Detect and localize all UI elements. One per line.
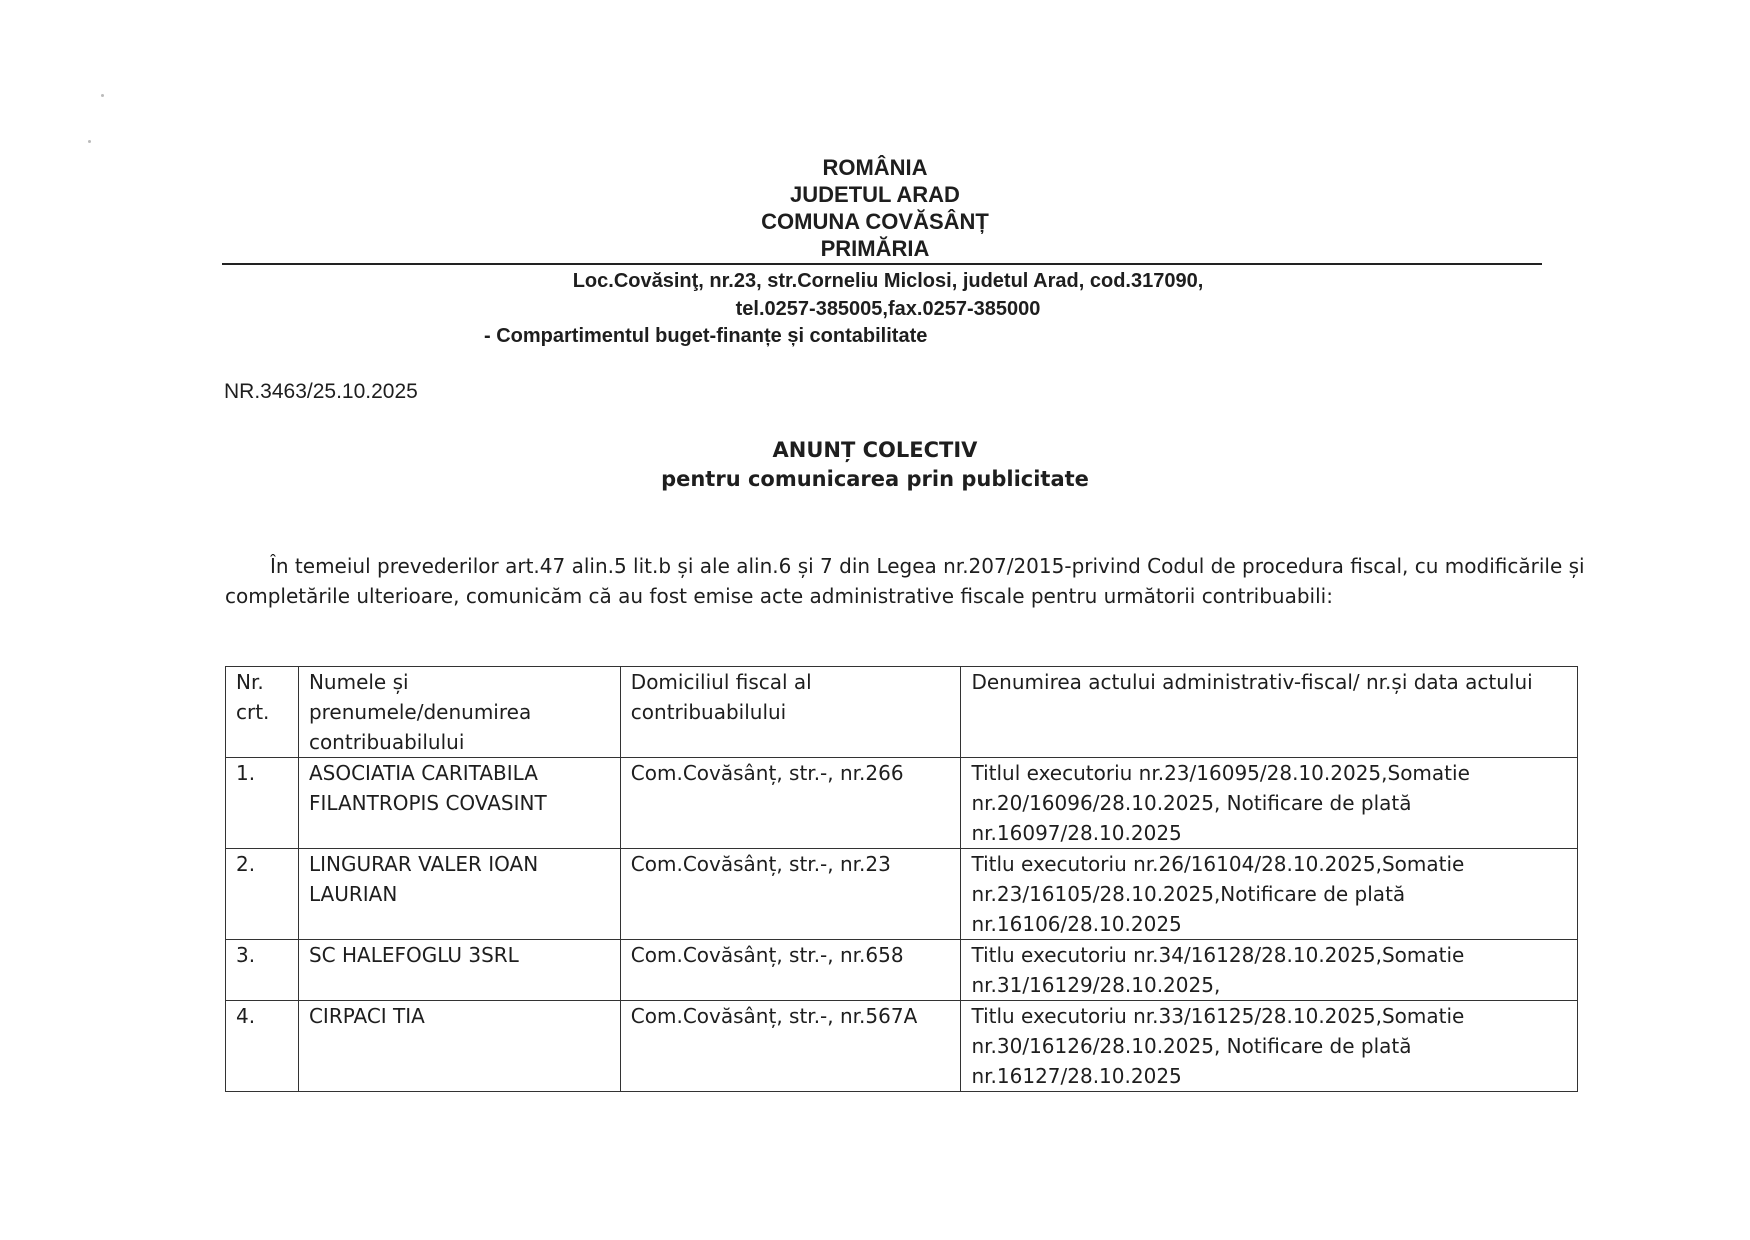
- header-acts: Denumirea actului administrativ-fiscal/ …: [961, 667, 1578, 758]
- department: - Compartimentul buget-finanțe și contab…: [484, 323, 927, 350]
- row-address: Com.Covăsânț, str.-, nr.23: [620, 849, 961, 940]
- table-header-row: Nr. crt. Numele și prenumele/denumirea c…: [226, 667, 1578, 758]
- header-address: Domiciliul fiscal al contribuabilului: [620, 667, 961, 758]
- scan-speck: [88, 140, 91, 143]
- row-acts: Titlu executoriu nr.33/16125/28.10.2025,…: [961, 1001, 1578, 1092]
- taxpayers-table: Nr. crt. Numele și prenumele/denumirea c…: [225, 666, 1578, 1092]
- header-commune: COMUNA COVĂSÂNȚ: [0, 208, 1750, 235]
- table-row: 2. LINGURAR VALER IOAN LAURIAN Com.Covăs…: [226, 849, 1578, 940]
- header-institution: PRIMĂRIA: [0, 235, 1750, 262]
- intro-paragraph-text: În temeiul prevederilor art.47 alin.5 li…: [225, 554, 1585, 608]
- row-acts: Titlu executoriu nr.26/16104/28.10.2025,…: [961, 849, 1578, 940]
- row-nr: 4.: [226, 1001, 299, 1092]
- row-nr: 3.: [226, 940, 299, 1001]
- scan-speck: [101, 94, 104, 97]
- address-line-1: Loc.Covăsinţ, nr.23, str.Corneliu Miclos…: [0, 268, 1750, 295]
- header-county: JUDETUL ARAD: [0, 181, 1750, 208]
- row-nr: 1.: [226, 758, 299, 849]
- row-acts: Titlu executoriu nr.34/16128/28.10.2025,…: [961, 940, 1578, 1001]
- table-row: 4. CIRPACI TIA Com.Covăsânț, str.-, nr.5…: [226, 1001, 1578, 1092]
- header-divider: [222, 263, 1542, 265]
- header-name: Numele și prenumele/denumirea contribuab…: [298, 667, 620, 758]
- row-nr: 2.: [226, 849, 299, 940]
- document-subtitle: pentru comunicarea prin publicitate: [0, 465, 1750, 494]
- row-address: Com.Covăsânț, str.-, nr.266: [620, 758, 961, 849]
- row-acts: Titlul executoriu nr.23/16095/28.10.2025…: [961, 758, 1578, 849]
- table-row: 3. SC HALEFOGLU 3SRL Com.Covăsânț, str.-…: [226, 940, 1578, 1001]
- header-country: ROMÂNIA: [0, 154, 1750, 181]
- table-row: 1. ASOCIATIA CARITABILA FILANTROPIS COVA…: [226, 758, 1578, 849]
- row-name: SC HALEFOGLU 3SRL: [298, 940, 620, 1001]
- address-line-2: tel.0257-385005,fax.0257-385000: [0, 296, 1750, 323]
- row-address: Com.Covăsânț, str.-, nr.567A: [620, 1001, 961, 1092]
- registration-number: NR.3463/25.10.2025: [224, 380, 418, 404]
- row-name: CIRPACI TIA: [298, 1001, 620, 1092]
- row-name: LINGURAR VALER IOAN LAURIAN: [298, 849, 620, 940]
- header-nr: Nr. crt.: [226, 667, 299, 758]
- row-name: ASOCIATIA CARITABILA FILANTROPIS COVASIN…: [298, 758, 620, 849]
- intro-paragraph: În temeiul prevederilor art.47 alin.5 li…: [225, 551, 1585, 611]
- document-title: ANUNȚ COLECTIV: [0, 436, 1750, 465]
- row-address: Com.Covăsânț, str.-, nr.658: [620, 940, 961, 1001]
